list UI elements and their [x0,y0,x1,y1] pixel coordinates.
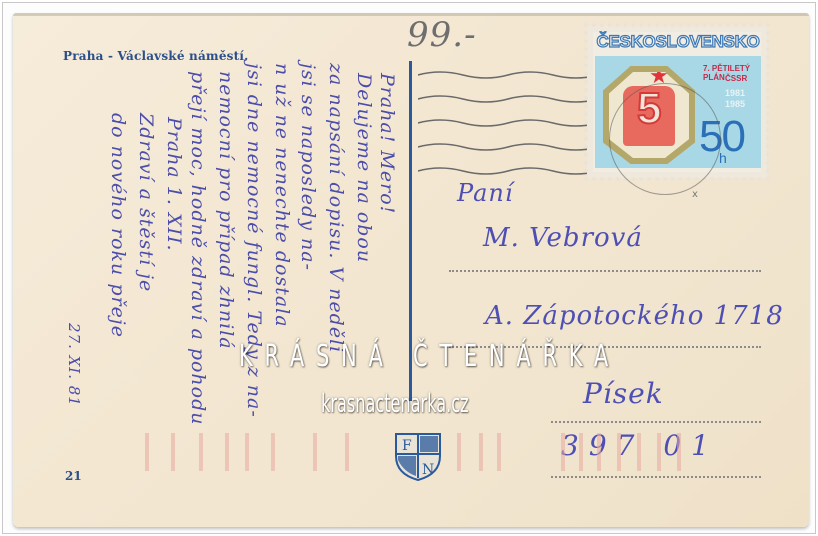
stamp-country: ČESKOSLOVENSKO [595,32,761,52]
address-salutation: Paní [457,179,514,207]
svg-text:N: N [422,462,434,478]
stamp-unit: h [719,150,727,166]
address-rule [449,270,761,272]
postmark-mark: x [692,189,698,200]
message-line: Zdraví a štěstí je [135,113,157,292]
message-line: přejí moc, hodně zdraví a pohodu [187,71,209,426]
date-note: 27. XI. 81 [65,323,83,407]
postmark-wave [418,141,598,153]
message-line: Praha! Mero! [376,73,398,214]
postmark-wave [418,165,598,177]
postmark-wave [418,69,598,81]
message-line: do nového roku přeje [107,113,129,338]
postmark-wave [418,117,598,129]
address-rule [551,476,761,478]
image-frame: Praha - Václavské náměstí. 21 99.- Praha… [2,2,816,534]
message-line: Praha 1. XII. [163,117,185,252]
postmark-wave [418,93,598,105]
svg-text:F: F [402,438,412,454]
message-line: Delujeme na obou [353,73,375,263]
watermark-title: KRÁSNÁ ČTENÁŘKA [239,339,620,374]
postmark-circle [609,83,721,195]
message-line: n už ne nenechte dostala [271,63,293,328]
message-line: za napsání dopisu. V neděli [325,63,347,353]
address-rule [551,421,761,423]
stamp-subtitle-2: ČSSR [725,74,747,83]
stamp-year-start: 1981 [725,88,745,99]
address-name: M. Vebrová [483,223,643,253]
postcard: Praha - Václavské náměstí. 21 99.- Praha… [13,13,809,527]
stamp-year-end: 1985 [725,99,745,110]
price-note: 99.- [407,15,477,55]
message-line: jsi se naposledy na- [297,63,319,271]
address-city: Písek [583,377,664,410]
postcard-caption: Praha - Václavské náměstí. [63,49,249,63]
publisher-shield-icon: F N [390,430,446,482]
handwritten-message: Praha! Mero! Delujeme na obou za napsání… [13,73,433,493]
address-street: A. Zápotockého 1718 [485,301,784,331]
watermark-url: krasnactenarka.cz [321,389,469,419]
message-line: nemocní pro případ zhnilá [215,71,237,350]
